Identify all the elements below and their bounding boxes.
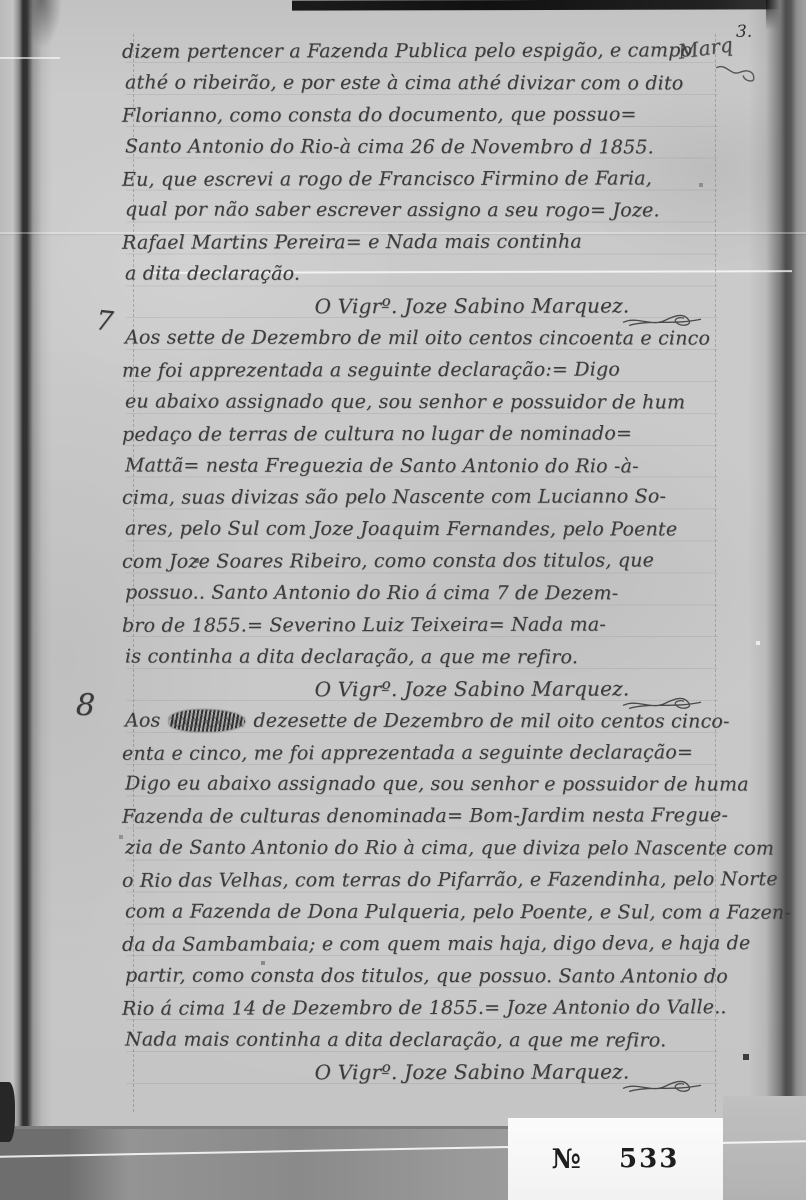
manuscript-line: Santo Antonio do Rio-à cima 26 de Novemb… [122, 131, 722, 164]
manuscript-line: is continha a dita declaração, a que me … [122, 641, 722, 674]
manuscript-line: bro de 1855.= Severino Luiz Teixeira= Na… [122, 609, 722, 642]
manuscript-line: Rafael Martins Pereira= e Nada mais cont… [122, 227, 722, 260]
manuscript-line: enta e cinco, me foi apprezentada a segu… [122, 737, 722, 770]
manuscript-line: dizem pertencer a Fazenda Publica pelo e… [122, 35, 722, 68]
manuscript-line: pedaço de terras de cultura no lugar de … [122, 418, 722, 451]
struck-out-word: xxxxxxx [169, 709, 245, 731]
signature-line: O Vigrº. Joze Sabino Marquez. [122, 673, 722, 706]
manuscript-line: Aos sette de Dezembro de mil oito centos… [122, 322, 722, 355]
manuscript-line: Fazenda de culturas denominada= Bom-Jard… [122, 801, 722, 834]
manuscript-line: Aos xxxxxxx dezesette de Dezembro de mil… [122, 705, 722, 738]
manuscript-line: possuo.. Santo Antonio do Rio á cima 7 d… [122, 578, 722, 611]
manuscript-line: eu abaixo assignado que, sou senhor e po… [122, 386, 722, 419]
numero-symbol: № [552, 1144, 581, 1175]
archive-number-label: № 533 [508, 1118, 723, 1200]
signature-line: O Vigrº. Joze Sabino Marquez. [122, 1056, 722, 1089]
signature-text: O Vigrº. Joze Sabino Marquez. [315, 1059, 630, 1084]
manuscript-scan-page: 3. Marq 7 8 dizem pertencer a Fazenda Pu… [0, 0, 806, 1200]
signature-flourish-icon [621, 1078, 707, 1096]
archive-number: 533 [619, 1144, 679, 1174]
manuscript-text-block: dizem pertencer a Fazenda Publica pelo e… [122, 36, 722, 1088]
signature-text: O Vigrº. Joze Sabino Marquez. [315, 294, 630, 319]
manuscript-line: Rio á cima 14 de Dezembro de 1855.= Joze… [122, 992, 722, 1025]
manuscript-line: ares, pelo Sul com Joze Joaquim Fernande… [122, 514, 722, 547]
page-right-edge-shadow [748, 0, 806, 1200]
manuscript-text: Aos [125, 709, 167, 731]
manuscript-line: Florianno, como consta do documento, que… [122, 99, 722, 132]
ink-specks [0, 0, 2, 2]
signature-text: O Vigrº. Joze Sabino Marquez. [315, 676, 630, 701]
manuscript-line: Digo eu abaixo assignado que, sou senhor… [122, 769, 722, 802]
manuscript-line: Eu, que escrevi a rogo de Francisco Firm… [122, 163, 722, 196]
manuscript-line: me foi apprezentada a seguinte declaraçã… [122, 354, 722, 387]
binding-gutter-shadow [0, 0, 52, 1200]
manuscript-text: dezesette de Dezembro de mil oito centos… [247, 709, 730, 732]
manuscript-line: a dita declaração. [122, 259, 722, 292]
scratch-line [0, 57, 60, 59]
manuscript-line: com Joze Soares Ribeiro, como consta dos… [122, 545, 722, 578]
manuscript-line: partir, como consta dos titulos, que pos… [122, 960, 722, 993]
manuscript-line: athé o ribeirão, e por este à cima athé … [122, 67, 722, 100]
bottom-left-ink-blotch [0, 1082, 15, 1142]
manuscript-line: qual por não saber escrever assigno a se… [122, 195, 722, 228]
margin-entry-number-7: 7 [94, 305, 114, 338]
manuscript-line: com a Fazenda de Dona Pulqueria, pelo Po… [122, 897, 722, 930]
manuscript-line: Nada mais continha a dita declaração, a … [122, 1024, 722, 1057]
signature-line: O Vigrº. Joze Sabino Marquez. [122, 290, 722, 323]
manuscript-line: Mattã= nesta Freguezia de Santo Antonio … [122, 450, 722, 483]
manuscript-line: o Rio das Velhas, com terras do Pifarrão… [122, 864, 722, 897]
manuscript-line: zia de Santo Antonio do Rio à cima, que … [122, 833, 722, 866]
page-number: 3. [736, 22, 752, 42]
book-top-edge-shadow [292, 0, 788, 11]
bottom-right-page-edge [723, 1096, 806, 1200]
margin-entry-number-8: 8 [75, 688, 95, 724]
manuscript-line: cima, suas divizas são pelo Nascente com… [122, 482, 722, 515]
manuscript-line: da da Sambambaia; e com quem mais haja, … [122, 928, 722, 961]
